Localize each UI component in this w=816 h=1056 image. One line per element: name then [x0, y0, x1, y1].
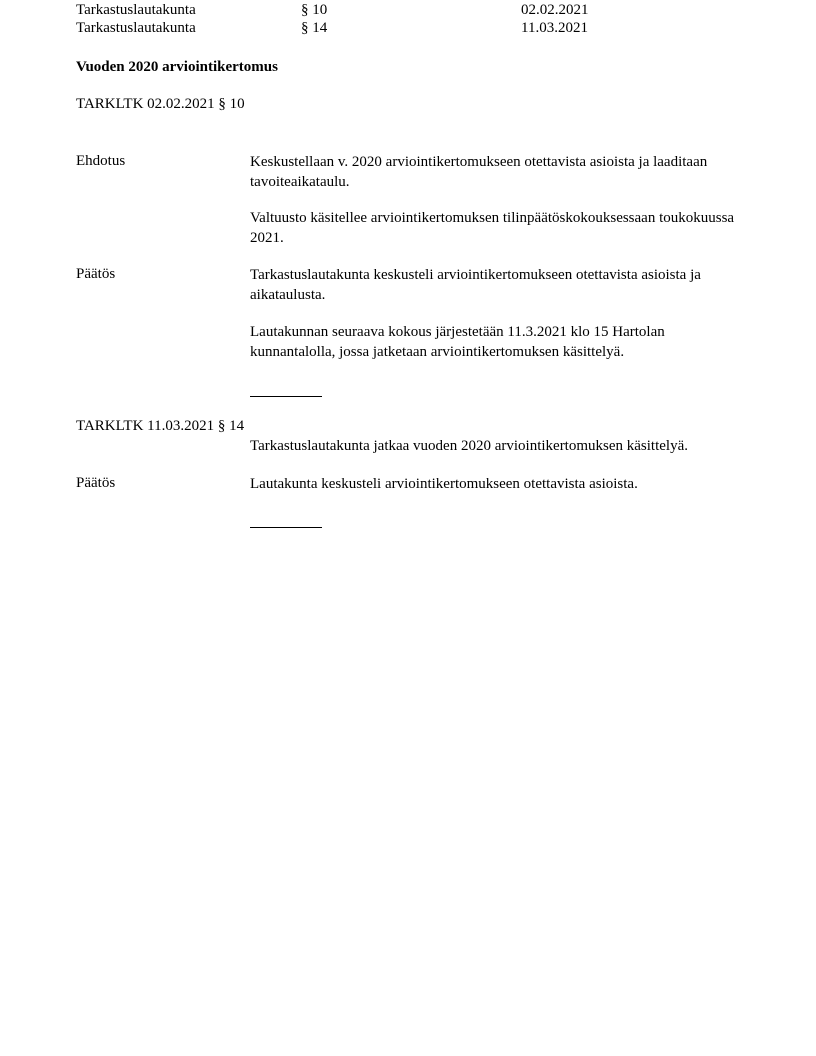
- history-body: Tarkastuslautakunta: [76, 1, 196, 20]
- history-body: Tarkastuslautakunta: [76, 19, 196, 38]
- history-section: § 14: [301, 19, 327, 38]
- decision-paragraph: Lautakunta keskusteli arviointikertomuks…: [250, 474, 750, 494]
- history-section: § 10: [301, 1, 327, 20]
- meeting-reference: TARKLTK 11.03.2021 § 14: [76, 417, 244, 436]
- proposal-paragraph: Valtuusto käsitellee arviointikertomukse…: [250, 208, 750, 248]
- decision-paragraph: Tarkastuslautakunta keskusteli arviointi…: [250, 265, 750, 305]
- decision-label: Päätös: [76, 265, 115, 284]
- history-date: 11.03.2021: [521, 19, 588, 38]
- section-divider: [250, 527, 322, 528]
- history-date: 02.02.2021: [521, 1, 589, 20]
- proposal-paragraph: Keskustellaan v. 2020 arviointikertomuks…: [250, 152, 750, 192]
- meeting-intro: Tarkastuslautakunta jatkaa vuoden 2020 a…: [250, 436, 750, 456]
- decision-label: Päätös: [76, 474, 115, 493]
- section-divider: [250, 396, 322, 397]
- meeting-reference: TARKLTK 02.02.2021 § 10: [76, 95, 245, 114]
- decision-paragraph: Lautakunnan seuraava kokous järjestetään…: [250, 322, 750, 362]
- proposal-label: Ehdotus: [76, 152, 125, 171]
- document-title: Vuoden 2020 arviointikertomus: [76, 58, 278, 77]
